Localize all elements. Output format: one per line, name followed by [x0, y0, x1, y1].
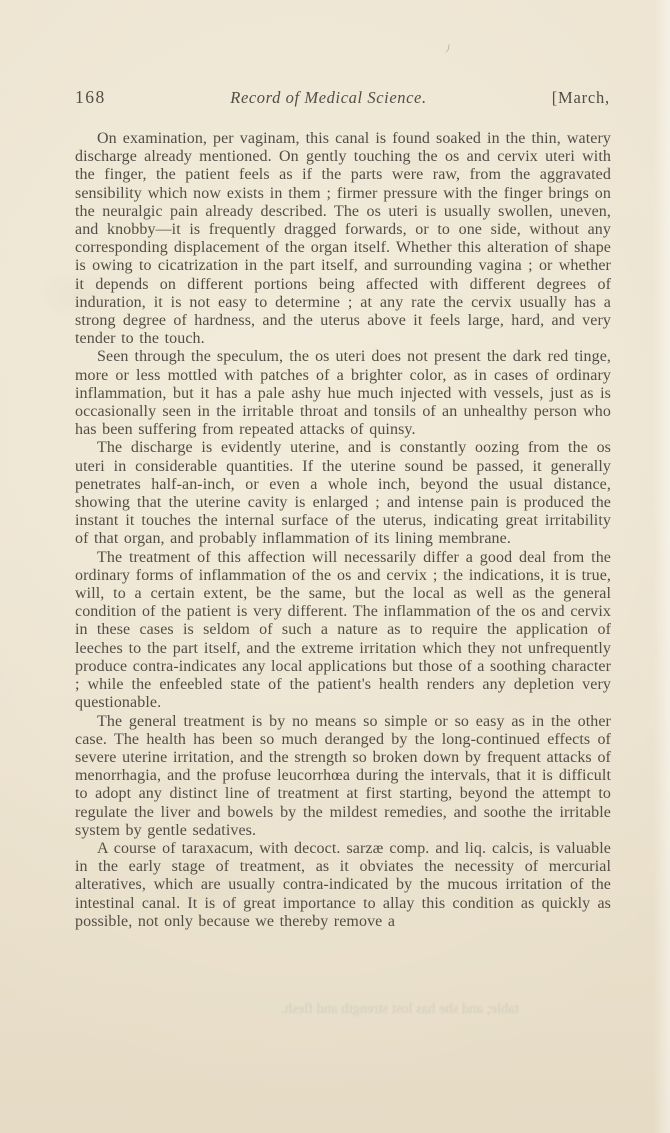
paragraph: On examination, per vaginam, this canal …	[75, 130, 611, 348]
paragraph: The treatment of this affection will nec…	[75, 549, 611, 713]
scanned-book-page: 168 Record of Medical Science. [March, O…	[0, 0, 670, 1133]
issue-label: [March,	[520, 88, 610, 108]
page-body: On examination, per vaginam, this canal …	[75, 130, 611, 931]
bleed-through-text: table; and she has lost strength and fle…	[210, 1001, 590, 1018]
paragraph: The general treatment is by no means so …	[75, 713, 611, 840]
running-title: Record of Medical Science.	[151, 88, 506, 108]
page-header: 168 Record of Medical Science. [March,	[75, 87, 610, 108]
paragraph: Seen through the speculum, the os uteri …	[75, 348, 611, 439]
paper-speck	[443, 44, 449, 54]
paragraph: The discharge is evidently uterine, and …	[75, 439, 611, 548]
paragraph: A course of taraxacum, with decoct. sarz…	[75, 840, 611, 931]
